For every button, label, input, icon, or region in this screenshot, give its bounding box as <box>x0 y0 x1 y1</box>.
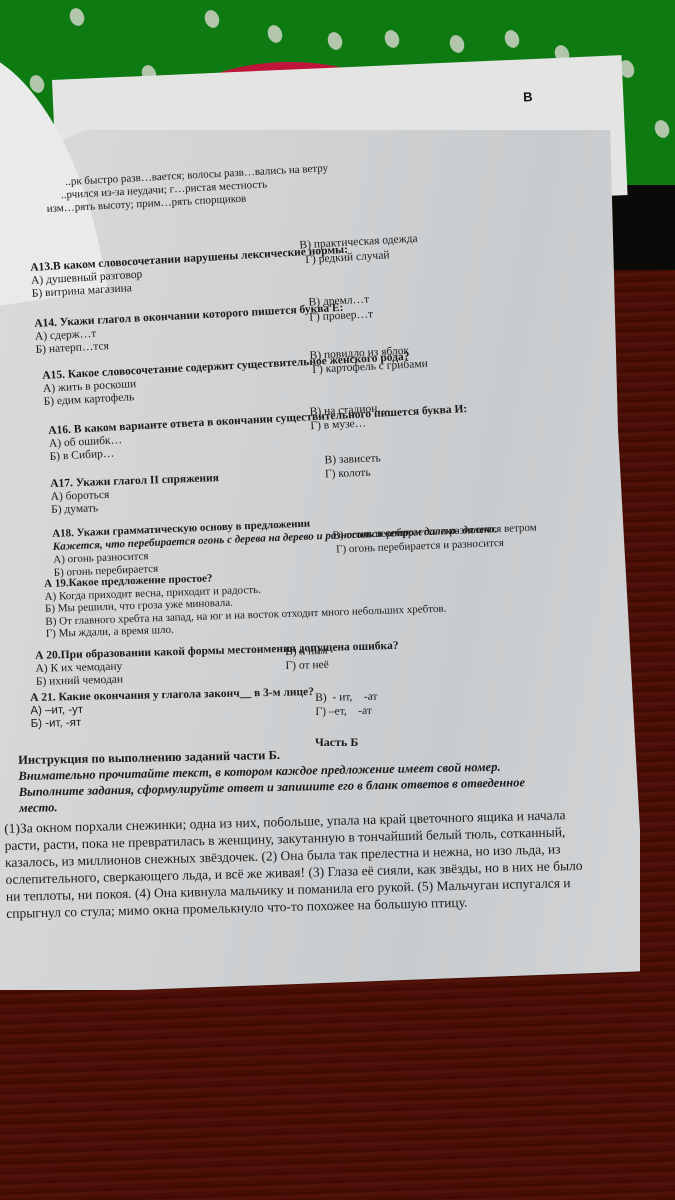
option-v: В) - ит, -ат <box>315 691 378 705</box>
paw-print-decoration <box>447 33 466 55</box>
paw-print-decoration <box>67 6 86 28</box>
part-b-instructions: Инструкция по выполнению заданий части Б… <box>18 740 659 816</box>
option-g: Г) от неё <box>285 659 329 673</box>
part-b-text: (1)За окном порхали снежинки; одна из ни… <box>4 803 675 922</box>
back-paper-letter: В <box>523 89 533 104</box>
paw-print-decoration <box>502 28 521 50</box>
paw-print-decoration <box>265 23 284 45</box>
option-v: В) к ним <box>285 645 328 659</box>
paw-print-decoration <box>382 28 401 50</box>
option-g: Г) –ет, -ат <box>315 705 372 719</box>
paw-print-decoration <box>325 30 344 52</box>
paw-print-decoration <box>652 118 671 140</box>
option-v: В) зависеть <box>324 452 381 467</box>
option-g: Г) колоть <box>325 467 371 482</box>
paw-print-decoration <box>202 8 221 30</box>
